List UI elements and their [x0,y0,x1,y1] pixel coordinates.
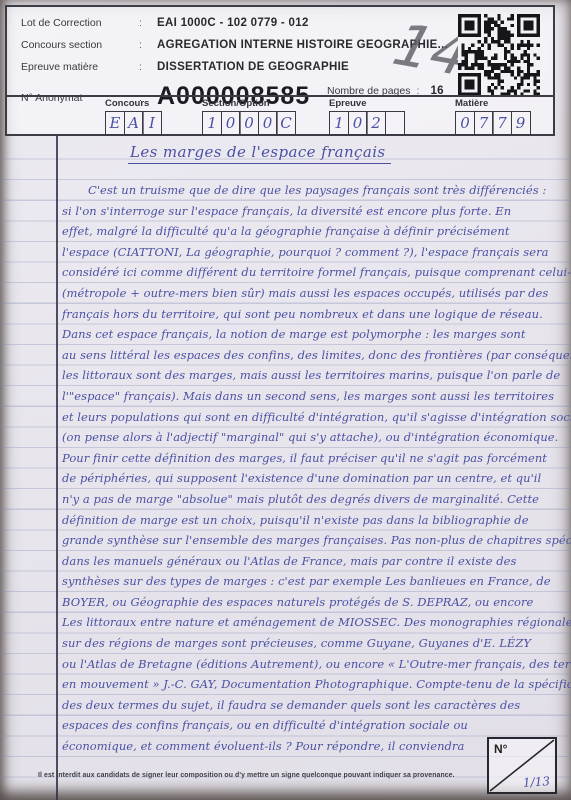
code-group-concours: Concours E A I [105,98,161,135]
codes-row: Concours E A I Section/Option 1 0 0 0 C [7,95,553,134]
header-box: Lot de Correction : EAI 1000C - 102 0779… [5,5,555,136]
code-cell: I [142,111,162,135]
essay-line: effet, malgré la difficulté qu'a la géog… [62,221,567,242]
essay-line: Les littoraux entre nature et aménagemen… [62,612,567,633]
essay-line: considéré ici comme différent du territo… [62,262,567,283]
code-cell: 0 [455,111,475,135]
essay-line: synthèses sur des types de marges : c'es… [62,571,567,592]
field-label: Lot de Correction [21,17,139,29]
code-cells: E A I [105,111,161,135]
footer-notice: Il est interdit aux candidats de signer … [38,772,478,779]
margin-rule [56,134,58,800]
code-group-epreuve: Epreuve 1 0 2 [329,98,403,135]
code-cell: 9 [511,111,531,135]
essay-line: sur des régions de marges sont précieuse… [62,633,567,654]
essay-line: en mouvement » J.-C. GAY, Documentation … [62,674,567,695]
essay-line: l'"espace" français). Mais dans un secon… [62,386,567,407]
handwritten-page-number: 1/13 [523,774,551,790]
essay-line: définition de marge est un choix, puisqu… [62,510,567,531]
code-cell: 7 [492,111,512,135]
essay-title: Les marges de l'espace français [128,143,391,164]
essay-line: au sens littéral les espaces des confins… [62,345,567,366]
essay-line: BOYER, ou Géographie des espaces naturel… [62,592,567,613]
code-cell: 0 [239,111,259,135]
code-cell: C [276,111,296,135]
essay-line: et leurs populations qui sont en difficu… [62,407,567,428]
code-cell: E [105,111,125,135]
essay-line: les littoraux sont des marges, mais auss… [62,365,567,386]
field-concours-section: Concours section : AGREGATION INTERNE HI… [21,39,448,51]
essay-line: (on pense alors à l'adjectif "marginal" … [62,427,567,448]
code-group-section-option: Section/Option 1 0 0 0 C [202,98,295,135]
essay-line: ou l'Atlas de Bretagne (éditions Autreme… [62,654,567,675]
code-cells: 1 0 0 0 C [202,111,295,135]
essay-line: Pour finir cette définition des marges, … [62,448,567,469]
code-label: Section/Option [202,98,295,109]
essay-body: C'est un truisme que de dire que les pay… [62,180,567,757]
code-group-matiere: Matière 0 7 7 9 [455,98,529,135]
code-cells: 0 7 7 9 [455,111,529,135]
essay-line: des deux termes du sujet, il faudra se d… [62,695,567,716]
code-cell: 7 [474,111,494,135]
code-cell [385,111,405,135]
field-value: EAI 1000C - 102 0779 - 012 [157,17,309,29]
code-cells: 1 0 2 [329,111,403,135]
code-cell: 0 [221,111,241,135]
scanned-exam-sheet: Lot de Correction : EAI 1000C - 102 0779… [0,0,571,800]
page-number-label: N° [494,742,507,756]
qr-code-icon [458,14,540,96]
field-lot-de-correction: Lot de Correction : EAI 1000C - 102 0779… [21,17,309,29]
code-label: Matière [455,98,529,109]
code-label: Epreuve [329,98,403,109]
field-epreuve-matiere: Epreuve matière : DISSERTATION DE GEOGRA… [21,61,349,73]
field-label: Concours section [21,39,139,51]
code-cell: 0 [258,111,278,135]
code-cell: A [124,111,144,135]
essay-line: dans les manuels généraux ou l'Atlas de … [62,551,567,572]
code-cell: 1 [202,111,222,135]
code-cell: 1 [329,111,349,135]
field-separator: : [139,61,157,73]
field-value: DISSERTATION DE GEOGRAPHIE [157,61,349,73]
essay-line: C'est un truisme que de dire que les pay… [62,180,567,201]
essay-line: (métropole + outre-mers bien sûr) mais a… [62,283,567,304]
essay-line: l'espace (CIATTONI, La géographie, pourq… [62,242,567,263]
field-separator: : [139,17,157,29]
essay-line: grande synthèse sur l'ensemble des marge… [62,530,567,551]
essay-line: français hors du territoire, qui sont pe… [62,304,567,325]
field-separator: : [139,39,157,51]
field-label: Epreuve matière [21,61,139,73]
essay-line: n'y a pas de marge "absolue" mais plutôt… [62,489,567,510]
essay-line: espaces des confins français, ou en diff… [62,715,567,736]
essay-line: de périphéries, qui supposent l'existenc… [62,468,567,489]
code-label: Concours [105,98,161,109]
code-cell: 0 [348,111,368,135]
code-cell: 2 [366,111,386,135]
page-number-box: N° 1/13 [487,737,557,794]
essay-line: Dans cet espace français, la notion de m… [62,324,567,345]
essay-line: si l'on s'interroge sur l'espace françai… [62,201,567,222]
